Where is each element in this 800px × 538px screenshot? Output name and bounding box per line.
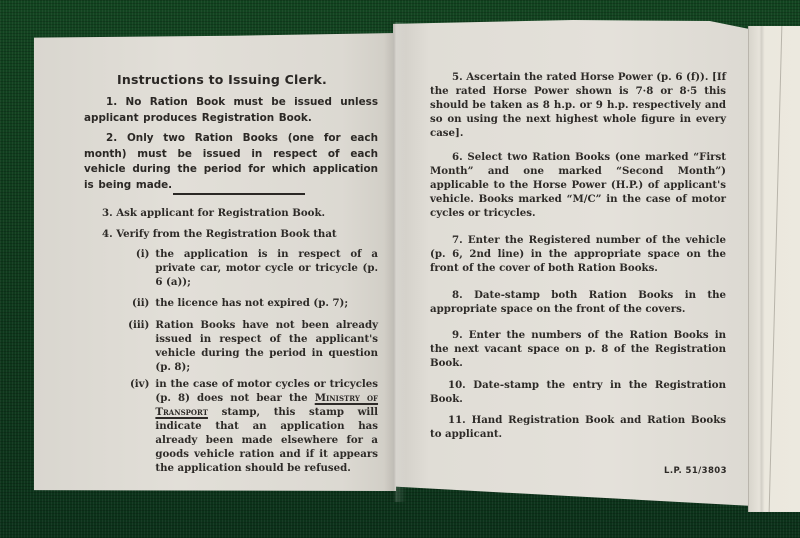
step-7-number: 7. [430,234,463,246]
instruction-1-text: No Ration Book must be issued unless app… [84,96,378,124]
step-3-number: 3. [102,207,113,219]
step-8-number: 8. [430,289,463,301]
step-11-number: 11. [430,414,466,426]
sub-item-i: (i) the application is in respect of a p… [124,247,378,289]
step-11: 11. Hand Registration Book and Ration Bo… [430,413,726,441]
step-6-number: 6. [430,151,463,163]
sub-item-iv: (iv) in the case of motor cycles or tric… [124,377,378,475]
page-edges [748,26,800,512]
step-4: 4. Verify from the Registration Book tha… [102,227,337,241]
instruction-2-number: 2. [84,132,117,144]
sub-item-i-text: the application is in respect of a priva… [155,247,378,289]
ration-booklet: Instructions to Issuing Clerk. 1. No Rat… [0,0,800,538]
step-3-text: Ask applicant for Registration Book. [116,207,325,219]
step-9-number: 9. [430,329,463,341]
step-6: 6. Select two Ration Books (one marked “… [430,150,726,220]
sub-item-ii-text: the licence has not expired (p. 7); [155,296,378,310]
step-11-text: Hand Registration Book and Ration Books … [430,414,726,440]
sub-item-iii-number: (iii) [124,318,155,374]
sub-item-iv-text: in the case of motor cycles or tricycles… [155,377,378,475]
step-8: 8. Date-stamp both Ration Books in the a… [430,288,726,316]
sub-item-i-number: (i) [124,247,155,289]
sub-item-ii-number: (ii) [124,296,155,310]
sub-item-iv-number: (iv) [124,377,155,475]
step-10: 10. Date-stamp the entry in the Registra… [430,378,726,406]
instruction-1: 1. No Ration Book must be issued unless … [84,95,378,126]
sub-item-ii: (ii) the licence has not expired (p. 7); [124,296,378,310]
instruction-2-text: Only two Ration Books (one for each mont… [84,132,378,191]
step-4-number: 4. [102,228,113,240]
instructions-title: Instructions to Issuing Clerk. [117,72,327,87]
section-divider [173,193,305,195]
step-6-text: Select two Ration Books (one marked “Fir… [430,151,726,219]
step-10-number: 10. [430,379,466,391]
step-4-text: Verify from the Registration Book that [116,228,336,240]
step-9: 9. Enter the numbers of the Ration Books… [430,328,726,370]
step-3: 3. Ask applicant for Registration Book. [102,206,325,220]
sub-item-iii-text: Ration Books have not been already issue… [155,318,378,374]
step-5: 5. Ascertain the rated Horse Power (p. 6… [430,70,726,140]
step-10-text: Date-stamp the entry in the Registration… [430,379,726,405]
instruction-2: 2. Only two Ration Books (one for each m… [84,131,378,193]
step-9-text: Enter the numbers of the Ration Books in… [430,329,726,369]
instruction-1-number: 1. [84,96,117,108]
step-5-number: 5. [430,71,463,83]
step-5-text: Ascertain the rated Horse Power (p. 6 (f… [430,71,726,139]
sub-item-iii: (iii) Ration Books have not been already… [124,318,378,374]
step-7: 7. Enter the Registered number of the ve… [430,233,726,275]
step-7-text: Enter the Registered number of the vehic… [430,234,726,274]
step-8-text: Date-stamp both Ration Books in the appr… [430,289,726,315]
form-reference-code: L.P. 51/3803 [664,466,727,476]
